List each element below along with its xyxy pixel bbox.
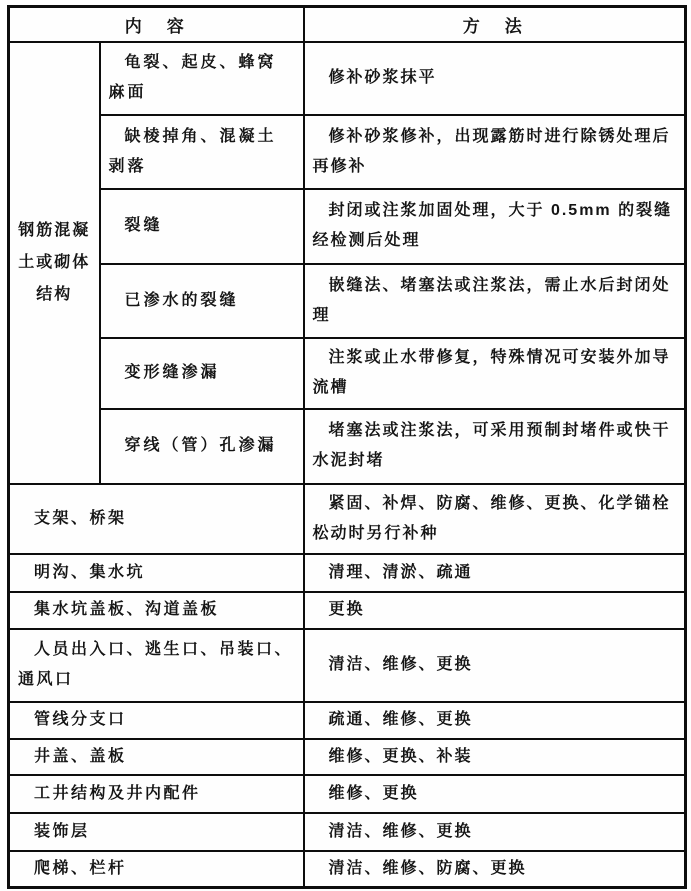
table-row: 明沟、集水坑 清理、清淤、疏通 bbox=[9, 554, 686, 592]
method-cell: 注浆或止水带修复，特殊情况可安装外加导流槽 bbox=[304, 338, 686, 409]
method-cell: 清洁、维修、更换 bbox=[304, 813, 686, 851]
group-label-cell: 钢筋混凝土或砌体结构 bbox=[9, 42, 100, 484]
method-cell: 更换 bbox=[304, 592, 686, 629]
content-cell: 已渗水的裂缝 bbox=[100, 264, 304, 338]
content-cell: 装饰层 bbox=[9, 813, 304, 851]
table-row: 变形缝渗漏 注浆或止水带修复，特殊情况可安装外加导流槽 bbox=[9, 338, 686, 409]
method-cell: 清洁、维修、防腐、更换 bbox=[304, 851, 686, 888]
content-cell: 明沟、集水坑 bbox=[9, 554, 304, 592]
table-row: 缺棱掉角、混凝土剥落 修补砂浆修补，出现露筋时进行除锈处理后再修补 bbox=[9, 115, 686, 189]
method-cell: 嵌缝法、堵塞法或注浆法，需止水后封闭处理 bbox=[304, 264, 686, 338]
content-cell: 龟裂、起皮、蜂窝麻面 bbox=[100, 42, 304, 115]
method-cell: 修补砂浆修补，出现露筋时进行除锈处理后再修补 bbox=[304, 115, 686, 189]
table-header-row: 内 容 方 法 bbox=[9, 7, 686, 42]
table-row: 支架、桥架 紧固、补焊、防腐、维修、更换、化学锚栓松动时另行补种 bbox=[9, 484, 686, 554]
table-row: 裂缝 封闭或注浆加固处理，大于 0.5mm 的裂缝经检测后处理 bbox=[9, 189, 686, 264]
method-cell: 维修、更换、补装 bbox=[304, 739, 686, 775]
header-method: 方 法 bbox=[304, 7, 686, 42]
table-row: 穿线（管）孔渗漏 堵塞法或注浆法，可采用预制封堵件或快干水泥封堵 bbox=[9, 409, 686, 484]
content-cell: 工井结构及井内配件 bbox=[9, 775, 304, 813]
content-cell: 支架、桥架 bbox=[9, 484, 304, 554]
content-cell: 缺棱掉角、混凝土剥落 bbox=[100, 115, 304, 189]
content-cell: 裂缝 bbox=[100, 189, 304, 264]
method-cell: 封闭或注浆加固处理，大于 0.5mm 的裂缝经检测后处理 bbox=[304, 189, 686, 264]
table-row: 井盖、盖板 维修、更换、补装 bbox=[9, 739, 686, 775]
table-row: 爬梯、栏杆 清洁、维修、防腐、更换 bbox=[9, 851, 686, 888]
content-cell: 变形缝渗漏 bbox=[100, 338, 304, 409]
method-cell: 维修、更换 bbox=[304, 775, 686, 813]
table-row: 装饰层 清洁、维修、更换 bbox=[9, 813, 686, 851]
header-content: 内 容 bbox=[9, 7, 304, 42]
content-cell: 爬梯、栏杆 bbox=[9, 851, 304, 888]
method-cell: 紧固、补焊、防腐、维修、更换、化学锚栓松动时另行补种 bbox=[304, 484, 686, 554]
table-row: 已渗水的裂缝 嵌缝法、堵塞法或注浆法，需止水后封闭处理 bbox=[9, 264, 686, 338]
content-cell: 井盖、盖板 bbox=[9, 739, 304, 775]
method-cell: 疏通、维修、更换 bbox=[304, 702, 686, 739]
method-cell: 堵塞法或注浆法，可采用预制封堵件或快干水泥封堵 bbox=[304, 409, 686, 484]
content-cell: 穿线（管）孔渗漏 bbox=[100, 409, 304, 484]
table-row: 人员出入口、逃生口、吊装口、通风口 清洁、维修、更换 bbox=[9, 629, 686, 702]
table-row: 钢筋混凝土或砌体结构 龟裂、起皮、蜂窝麻面 修补砂浆抹平 bbox=[9, 42, 686, 115]
table-row: 集水坑盖板、沟道盖板 更换 bbox=[9, 592, 686, 629]
scanned-document-page: 内 容 方 法 钢筋混凝土或砌体结构 龟裂、起皮、蜂窝麻面 修补砂浆抹平 缺棱掉… bbox=[0, 0, 691, 891]
maintenance-methods-table: 内 容 方 法 钢筋混凝土或砌体结构 龟裂、起皮、蜂窝麻面 修补砂浆抹平 缺棱掉… bbox=[7, 5, 687, 889]
content-cell: 人员出入口、逃生口、吊装口、通风口 bbox=[9, 629, 304, 702]
method-cell: 修补砂浆抹平 bbox=[304, 42, 686, 115]
content-cell: 管线分支口 bbox=[9, 702, 304, 739]
table-row: 管线分支口 疏通、维修、更换 bbox=[9, 702, 686, 739]
content-cell: 集水坑盖板、沟道盖板 bbox=[9, 592, 304, 629]
method-cell: 清洁、维修、更换 bbox=[304, 629, 686, 702]
method-cell: 清理、清淤、疏通 bbox=[304, 554, 686, 592]
table-row: 工井结构及井内配件 维修、更换 bbox=[9, 775, 686, 813]
